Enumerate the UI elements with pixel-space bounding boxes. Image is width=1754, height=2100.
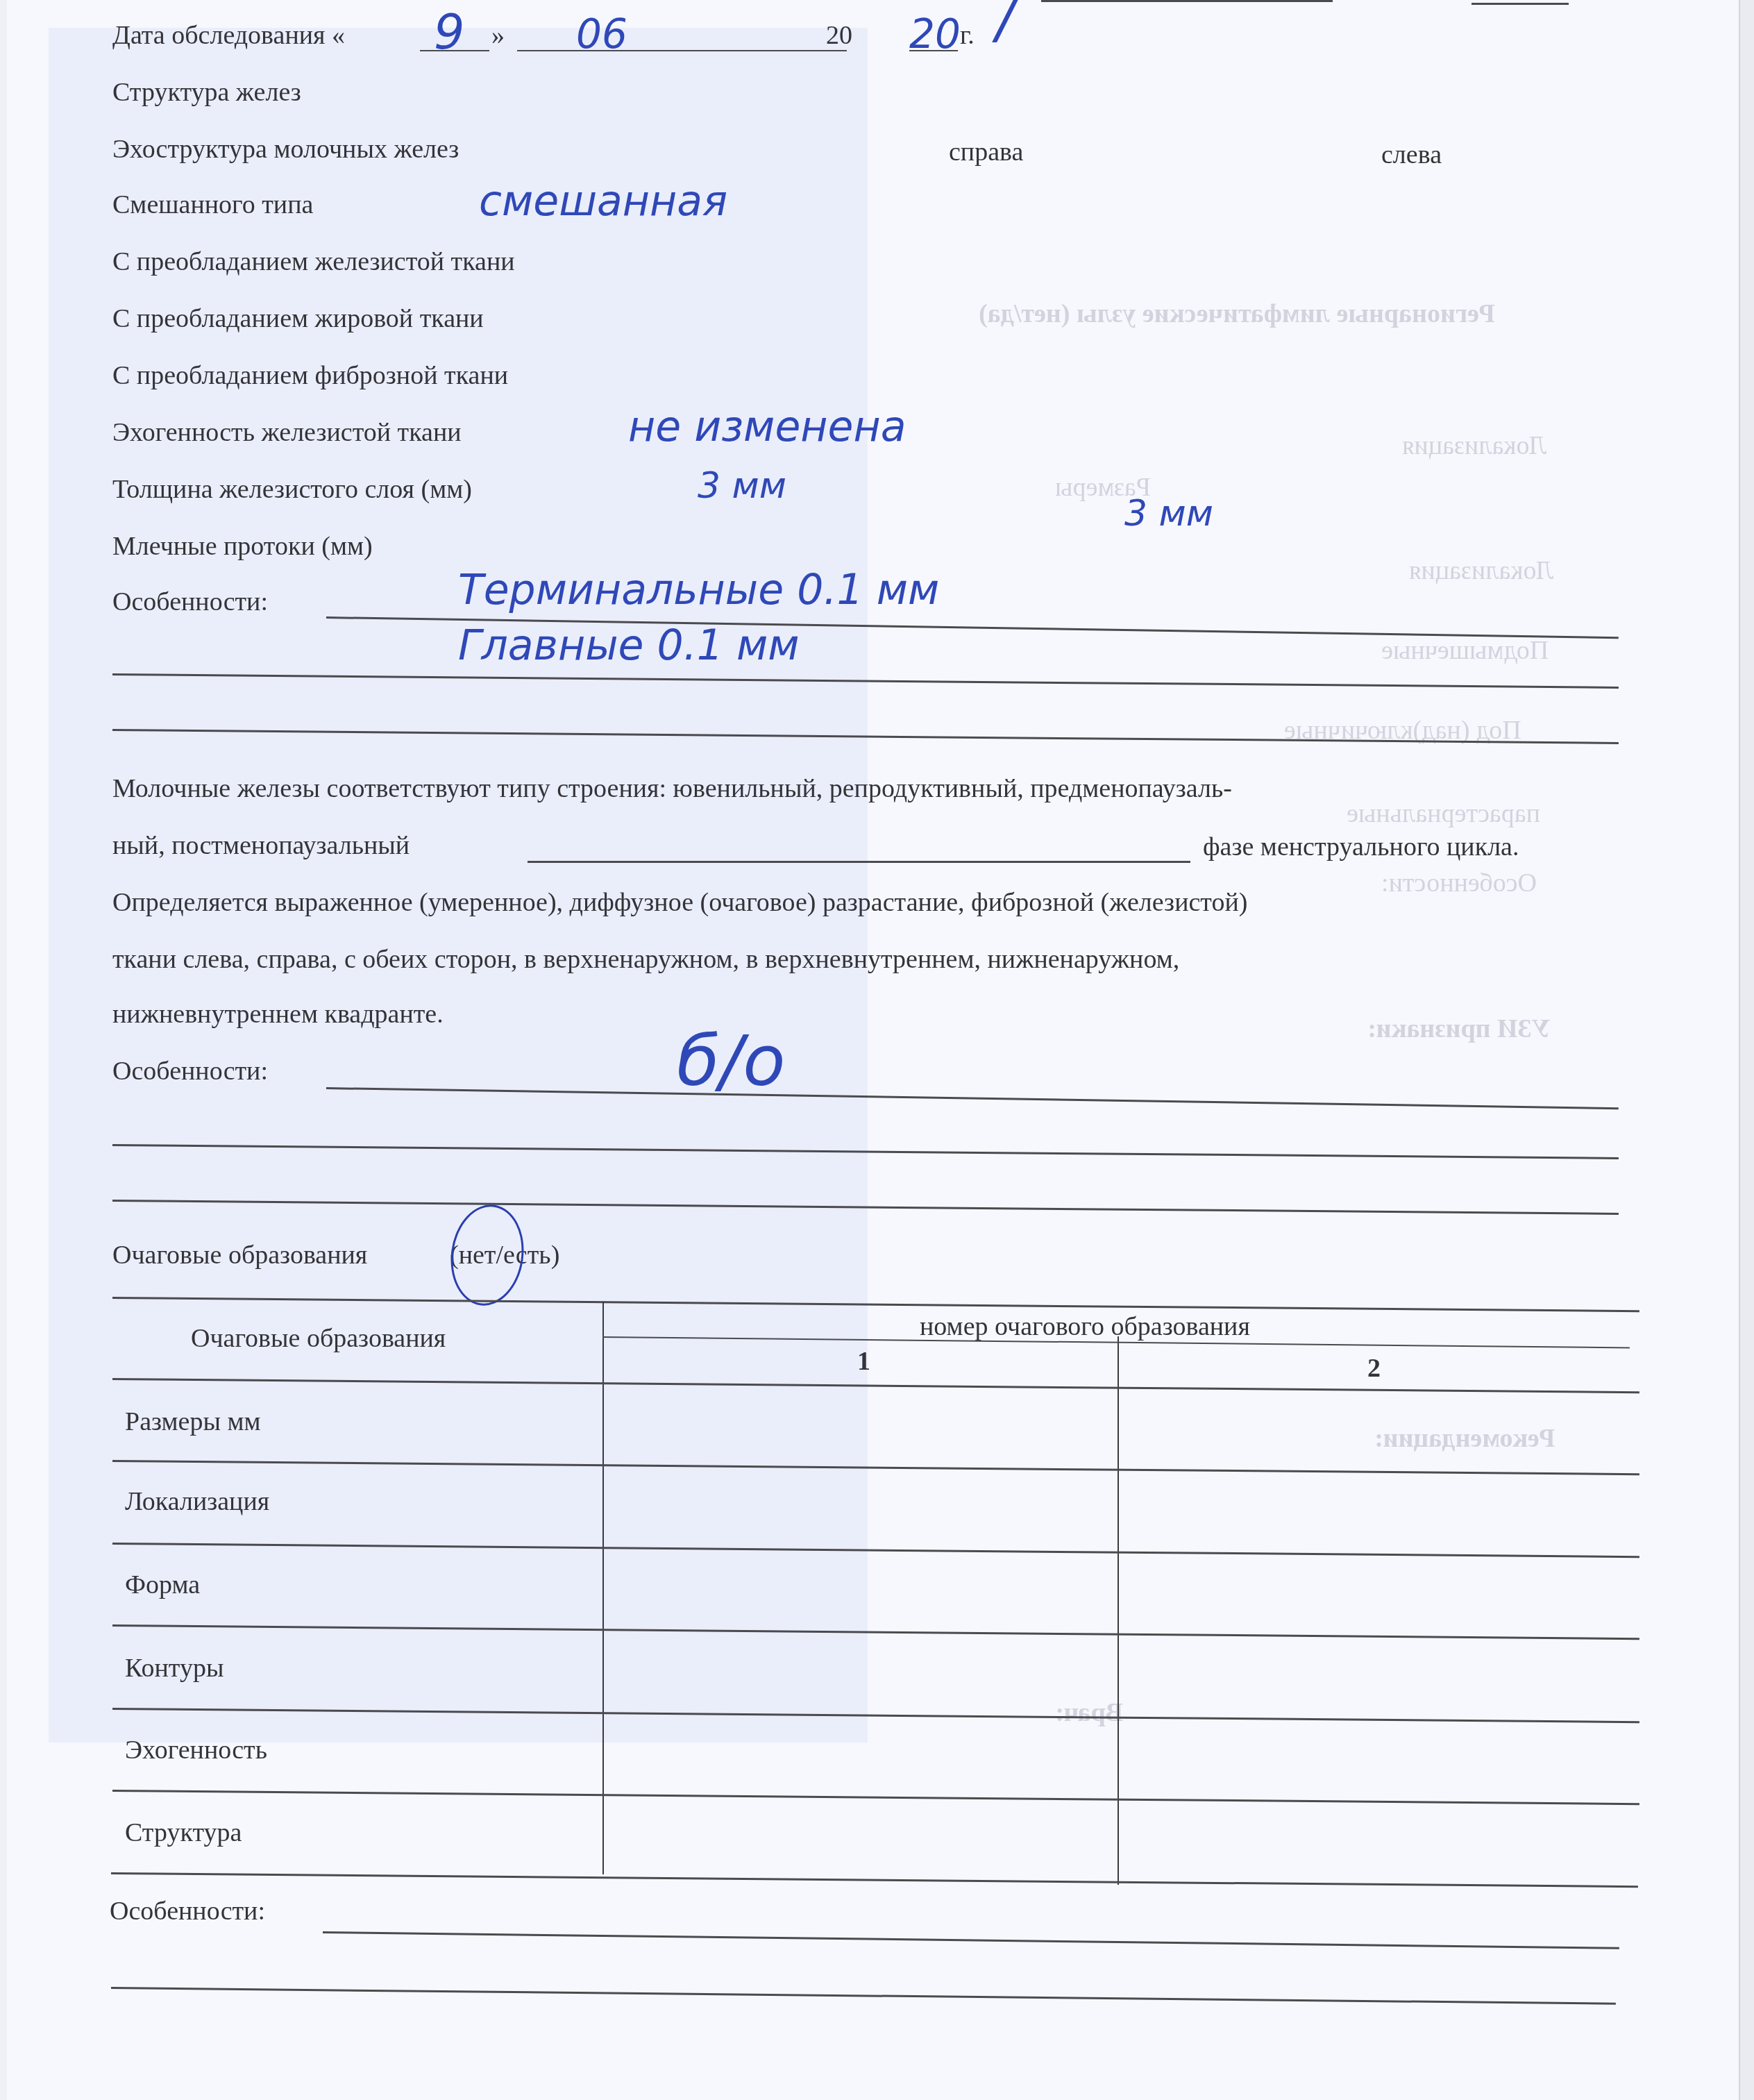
bleed-us-signs: УЗИ признаки:: [1367, 1014, 1551, 1044]
paragraph-line-2-end: фазе менструального цикла.: [1203, 831, 1519, 863]
scan-edge-left: [0, 0, 7, 2100]
paragraph-line-3: Определяется выраженное (умеренное), диф…: [112, 887, 1247, 918]
exam-date-close-quote: »: [491, 19, 505, 51]
gland-structure-heading: Структура желез: [112, 76, 301, 108]
paragraph-line-5: нижневнутреннем квадранте.: [112, 998, 444, 1030]
field-glandular-label: С преобладанием железистой ткани: [112, 246, 515, 278]
field-echogenicity-label: Эхогенность железистой ткани: [112, 417, 462, 448]
field-thickness-label: Толщина железистого слоя (мм): [112, 473, 472, 505]
top-cutoff-rule: [1041, 0, 1333, 2]
table-row-contours-label: Контуры: [125, 1652, 224, 1684]
table-row-rule-5: [112, 1790, 1639, 1805]
table-bottom-rule: [111, 1872, 1638, 1888]
exam-date-year-prefix: 20: [826, 19, 852, 51]
cycle-phase-underline: [528, 861, 1190, 863]
echostructure-heading: Эхоструктура молочных желез: [112, 133, 459, 165]
features-3-label: Особенности:: [110, 1895, 265, 1927]
table-header-group: номер очагового образования: [920, 1311, 1250, 1343]
field-thickness-right[interactable]: 3 мм: [698, 465, 786, 507]
field-echogenicity-value[interactable]: не изменена: [628, 403, 906, 451]
table-col-divider-1: [602, 1302, 604, 1874]
features-1-line2[interactable]: Главные 0.1 мм: [458, 621, 800, 670]
table-col-1-header: 1: [857, 1345, 870, 1377]
bleed-features: Особенности:: [1381, 868, 1537, 898]
table-row-location-label: Локализация: [125, 1486, 269, 1518]
bleed-axillary: Подмышечные: [1381, 635, 1549, 666]
focal-label: Очаговые образования: [112, 1239, 367, 1271]
bleed-parasternal: парастернальные: [1347, 798, 1540, 829]
field-mixed-type-value[interactable]: смешанная: [479, 177, 727, 226]
table-row-sizes-label: Размеры мм: [125, 1406, 261, 1438]
table-col-divider-2: [1118, 1336, 1119, 1885]
paragraph-line-4: ткани слева, справа, с обеих сторон, в в…: [112, 943, 1179, 975]
field-thickness-left[interactable]: 3 мм: [1124, 493, 1213, 535]
bleed-location: Локализация: [1402, 430, 1546, 461]
paragraph-line-2-start: ный, постменопаузальный: [112, 830, 410, 862]
exam-date-year-end: г.: [960, 19, 975, 51]
table-header-left: Очаговые образования: [191, 1322, 446, 1354]
bleed-doctor: Врач:: [1055, 1697, 1123, 1728]
table-col-2-header: 2: [1367, 1352, 1381, 1384]
right-column-label: справа: [949, 136, 1023, 168]
top-cutoff-rule-2: [1471, 3, 1569, 5]
table-row-shape-label: Форма: [125, 1569, 200, 1601]
features-2-mark[interactable]: б/о: [677, 1020, 786, 1102]
field-mixed-type-label: Смешанного типа: [112, 189, 313, 221]
features-1-label: Особенности:: [112, 586, 268, 618]
exam-date-month[interactable]: 06: [576, 10, 627, 58]
scan-edge-right: [1739, 0, 1754, 2100]
exam-date-year[interactable]: 20: [909, 10, 961, 58]
top-signature-stroke: /: [996, 0, 1015, 51]
bleed-lymph-nodes: Регионарные лимфатические узлы (нет/да): [979, 299, 1495, 329]
features-2-label: Особенности:: [112, 1055, 268, 1087]
field-fatty-label: С преобладанием жировой ткани: [112, 303, 484, 335]
features-1-line1[interactable]: Терминальные 0.1 мм: [458, 566, 939, 614]
field-ducts-label: Млечные протоки (мм): [112, 530, 373, 562]
features-3-rule-2: [111, 1987, 1616, 2005]
bleed-location-2: Локализация: [1409, 555, 1553, 586]
exam-date-label: Дата обследования «: [112, 19, 345, 51]
table-row-echogenicity-label: Эхогенность: [125, 1734, 267, 1766]
month-underline: [517, 50, 847, 51]
field-fibrous-label: С преобладанием фиброзной ткани: [112, 360, 508, 392]
table-row-structure-label: Структура: [125, 1817, 242, 1849]
paragraph-line-1: Молочные железы соответствуют типу строе…: [112, 773, 1232, 805]
left-column-label: слева: [1381, 139, 1442, 171]
bleed-recommendations: Рекомендации:: [1374, 1423, 1555, 1454]
exam-date-day[interactable]: 9: [434, 3, 465, 60]
features-3-rule-1: [323, 1931, 1619, 1949]
